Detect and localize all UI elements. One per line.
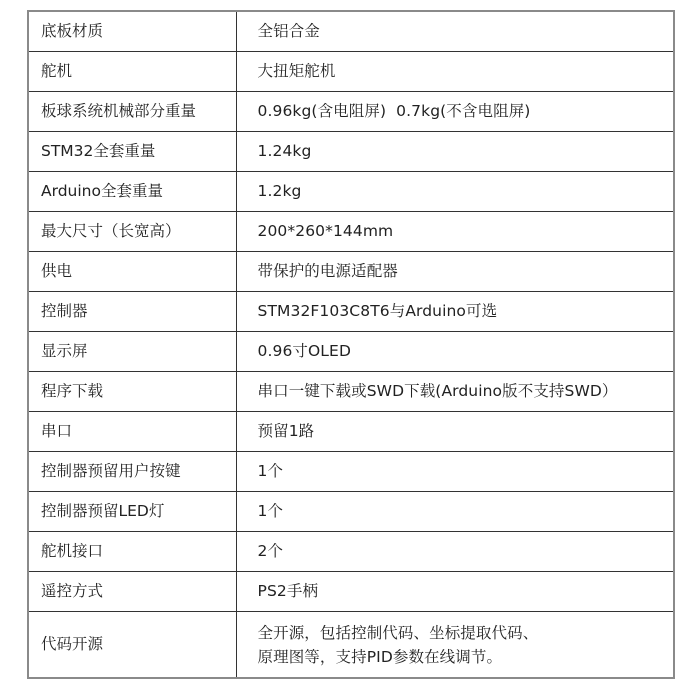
row-label: 代码开源 bbox=[28, 611, 236, 678]
table-row-serial-port: 串口 预留1路 bbox=[28, 411, 674, 451]
table-row-open-source: 代码开源 全开源，包括控制代码、坐标提取代码、 原理图等，支持PID参数在线调节… bbox=[28, 611, 674, 678]
table-row-mechanical-weight: 板球系统机械部分重量 0.96kg(含电阻屏) 0.7kg(不含电阻屏) bbox=[28, 91, 674, 131]
row-value: 大扭矩舵机 bbox=[236, 51, 674, 91]
row-label: 控制器 bbox=[28, 291, 236, 331]
row-label: STM32全套重量 bbox=[28, 131, 236, 171]
row-label: 显示屏 bbox=[28, 331, 236, 371]
row-value: 1个 bbox=[236, 451, 674, 491]
row-value: PS2手柄 bbox=[236, 571, 674, 611]
row-label: 控制器预留用户按键 bbox=[28, 451, 236, 491]
table-row-arduino-weight: Arduino全套重量 1.2kg bbox=[28, 171, 674, 211]
table-row-base-material: 底板材质 全铝合金 bbox=[28, 11, 674, 51]
spec-table: 底板材质 全铝合金 舵机 大扭矩舵机 板球系统机械部分重量 0.96kg(含电阻… bbox=[27, 10, 675, 679]
table-row-program-download: 程序下载 串口一键下载或SWD下载(Arduino版不支持SWD） bbox=[28, 371, 674, 411]
row-label: 舵机 bbox=[28, 51, 236, 91]
row-label: 遥控方式 bbox=[28, 571, 236, 611]
table-row-user-button: 控制器预留用户按键 1个 bbox=[28, 451, 674, 491]
row-value: STM32F103C8T6与Arduino可选 bbox=[236, 291, 674, 331]
row-value-line-1: 全开源，包括控制代码、坐标提取代码、 bbox=[258, 621, 674, 645]
row-value: 全开源，包括控制代码、坐标提取代码、 原理图等，支持PID参数在线调节。 bbox=[236, 611, 674, 678]
table-row-servo: 舵机 大扭矩舵机 bbox=[28, 51, 674, 91]
table-row-remote-control: 遥控方式 PS2手柄 bbox=[28, 571, 674, 611]
row-value: 0.96寸OLED bbox=[236, 331, 674, 371]
row-label: 串口 bbox=[28, 411, 236, 451]
row-label: Arduino全套重量 bbox=[28, 171, 236, 211]
row-label: 控制器预留LED灯 bbox=[28, 491, 236, 531]
row-label: 供电 bbox=[28, 251, 236, 291]
row-value: 带保护的电源适配器 bbox=[236, 251, 674, 291]
row-value: 预留1路 bbox=[236, 411, 674, 451]
row-label: 最大尺寸（长宽高） bbox=[28, 211, 236, 251]
row-value: 0.96kg(含电阻屏) 0.7kg(不含电阻屏) bbox=[236, 91, 674, 131]
row-value: 1.2kg bbox=[236, 171, 674, 211]
table-row-led: 控制器预留LED灯 1个 bbox=[28, 491, 674, 531]
row-value: 串口一键下载或SWD下载(Arduino版不支持SWD） bbox=[236, 371, 674, 411]
row-value: 1个 bbox=[236, 491, 674, 531]
table-row-controller: 控制器 STM32F103C8T6与Arduino可选 bbox=[28, 291, 674, 331]
row-label: 底板材质 bbox=[28, 11, 236, 51]
table-row-display: 显示屏 0.96寸OLED bbox=[28, 331, 674, 371]
row-value: 全铝合金 bbox=[236, 11, 674, 51]
table-row-stm32-weight: STM32全套重量 1.24kg bbox=[28, 131, 674, 171]
row-value-line-2: 原理图等，支持PID参数在线调节。 bbox=[258, 645, 674, 669]
row-label: 程序下载 bbox=[28, 371, 236, 411]
table-row-servo-interface: 舵机接口 2个 bbox=[28, 531, 674, 571]
table-row-power-supply: 供电 带保护的电源适配器 bbox=[28, 251, 674, 291]
row-value: 2个 bbox=[236, 531, 674, 571]
row-label: 舵机接口 bbox=[28, 531, 236, 571]
row-label: 板球系统机械部分重量 bbox=[28, 91, 236, 131]
row-value: 200*260*144mm bbox=[236, 211, 674, 251]
row-value: 1.24kg bbox=[236, 131, 674, 171]
table-row-max-size: 最大尺寸（长宽高） 200*260*144mm bbox=[28, 211, 674, 251]
